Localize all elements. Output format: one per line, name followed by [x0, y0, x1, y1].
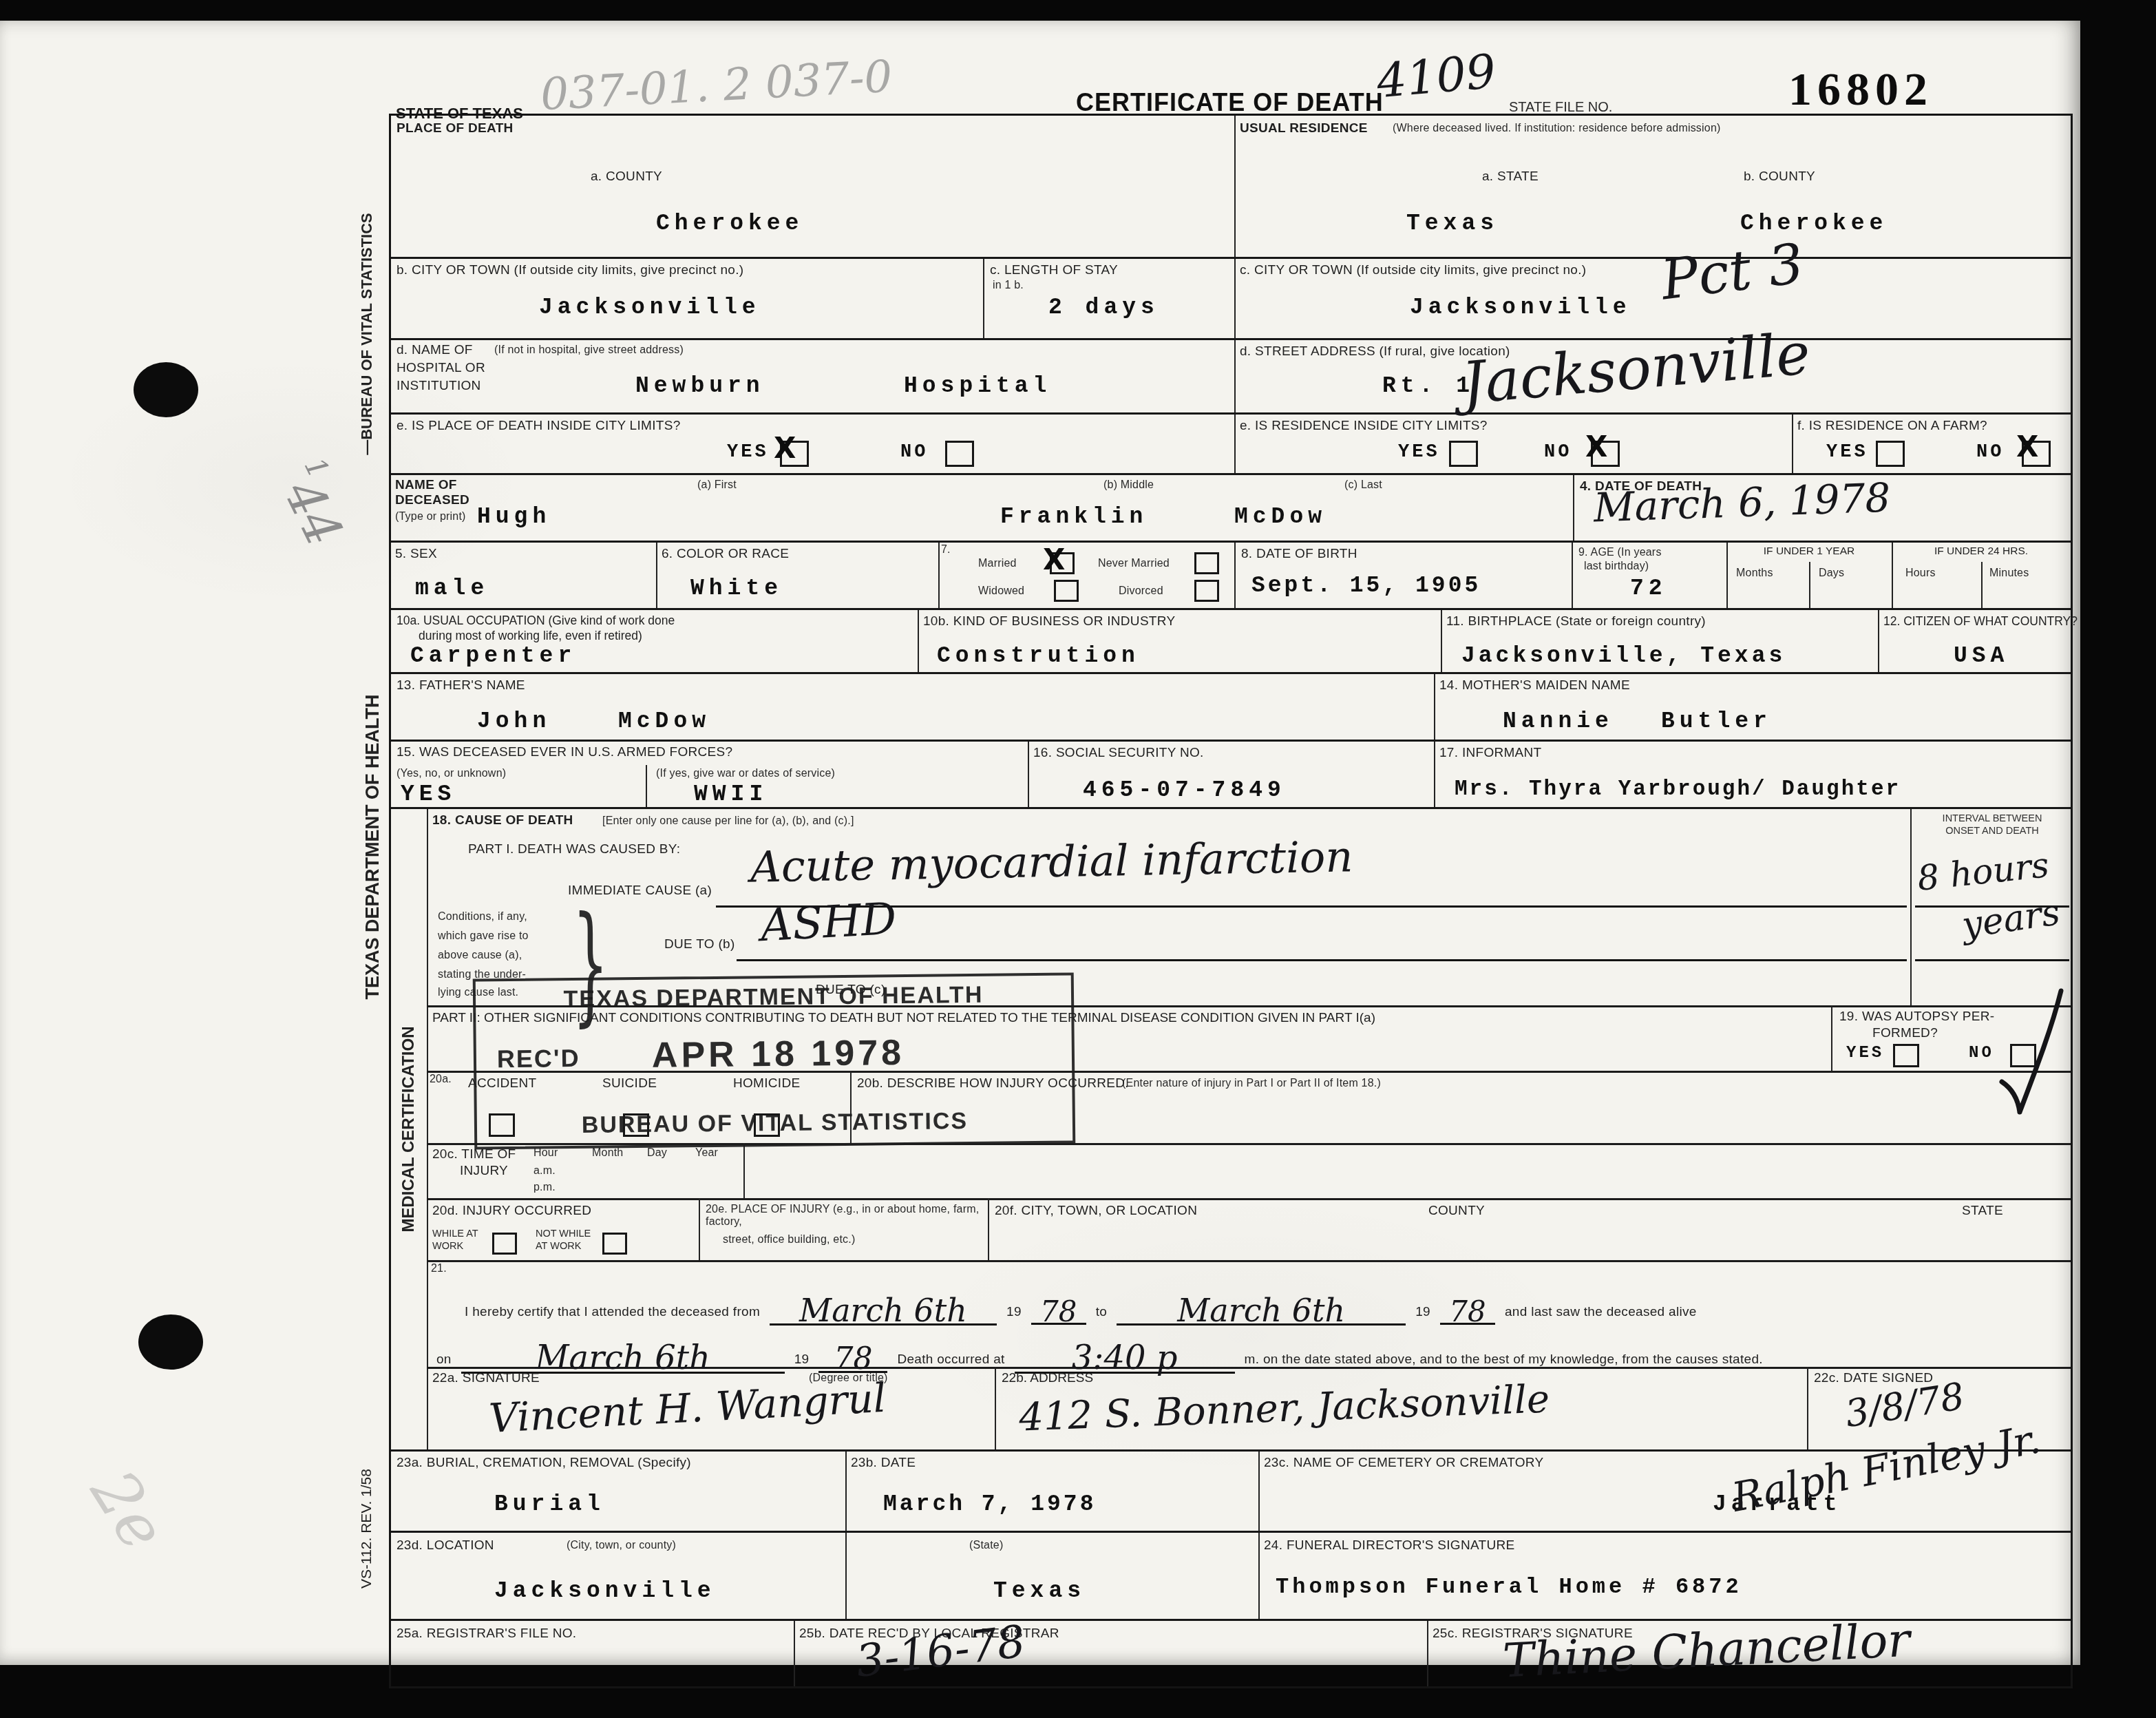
- residence-limits-yes: YES: [1398, 442, 1440, 463]
- cert-date-2: March 6th: [1177, 1292, 1345, 1329]
- medical-certification-section: MEDICAL CERTIFICATION 18. CAUSE OF DEATH…: [391, 809, 2071, 1452]
- residence-county-value: Cherokee: [1740, 211, 1888, 236]
- certificate-title: CERTIFICATE OF DEATH: [1076, 88, 1384, 117]
- ssn-cell: 16. SOCIAL SECURITY NO. 465-07-7849: [1028, 742, 1435, 807]
- day-label: Day: [647, 1147, 667, 1160]
- county-value: Cherokee: [656, 211, 803, 236]
- deceased-name-cell: NAME OF DECEASED (Type or print) (a) Fir…: [391, 475, 1574, 541]
- never-married-label: Never Married: [1098, 558, 1170, 570]
- row-location-director: 23d. LOCATION (City, town, or county) Ja…: [391, 1533, 2071, 1621]
- father-label: 13. FATHER'S NAME: [397, 678, 525, 693]
- not-while-at-work-checkbox: [602, 1233, 627, 1255]
- under-24-hrs-divider: [1981, 562, 1983, 608]
- widowed-label: Widowed: [978, 585, 1024, 598]
- row-forces-ssn-informant: 15. WAS DECEASED EVER IN U.S. ARMED FORC…: [391, 742, 2071, 809]
- row-city-limits: e. IS PLACE OF DEATH INSIDE CITY LIMITS?…: [391, 415, 2071, 475]
- hospital-label-1: d. NAME OF: [397, 343, 473, 357]
- hospital-label-4: INSTITUTION: [397, 379, 481, 393]
- signature-divider-1: [995, 1367, 996, 1449]
- length-of-stay-cell: c. LENGTH OF STAY in 1 b. 2 days: [983, 259, 1236, 338]
- place-of-injury-label: 20e. PLACE OF INJURY (e.g., in or about …: [706, 1204, 981, 1228]
- cert-date-1-line: March 6th: [770, 1286, 997, 1326]
- pencil-file-number: 037-01. 2 037-0: [539, 52, 894, 121]
- minutes-label: Minutes: [1989, 567, 2029, 580]
- hospital-label-2: (If not in hospital, give street address…: [494, 344, 684, 357]
- pm-label: p.m.: [533, 1182, 556, 1194]
- cause-label: 18. CAUSE OF DEATH: [432, 813, 573, 828]
- autopsy-yes: YES: [1846, 1044, 1884, 1062]
- burial-date-cell: 23b. DATE March 7, 1978: [845, 1452, 1260, 1531]
- signature-divider-2: [1807, 1367, 1808, 1449]
- place-of-death-label: PLACE OF DEATH: [397, 121, 514, 136]
- divorced-checkbox: [1194, 580, 1219, 602]
- occupation-value: Carpenter: [410, 643, 576, 669]
- year-label: Year: [695, 1147, 718, 1160]
- row-occupation: 10a. USUAL OCCUPATION (Give kind of work…: [391, 610, 2071, 674]
- death-city-label: b. CITY OR TOWN (If outside city limits,…: [397, 263, 743, 277]
- farm-yes-checkbox: [1876, 441, 1905, 467]
- month-label: Month: [592, 1147, 623, 1160]
- divorced-label: Divorced: [1119, 585, 1163, 598]
- due-to-b-label: DUE TO (b): [664, 937, 735, 952]
- pencil-scribble: 2e: [76, 1458, 180, 1563]
- residence-state-label: a. STATE: [1482, 169, 1539, 184]
- under-24-hrs-cell: IF UNDER 24 HRS. Hours Minutes: [1892, 543, 2071, 608]
- cert-19-c: 19: [794, 1352, 810, 1367]
- interval-label-2: ONSET AND DEATH: [1914, 826, 2071, 837]
- residence-city-value: Jacksonville: [1410, 295, 1631, 320]
- death-limits-cell: e. IS PLACE OF DEATH INSIDE CITY LIMITS?…: [391, 415, 1236, 473]
- conditions-label-1: Conditions, if any,: [438, 911, 527, 923]
- location-sublabel: (City, town, or county): [567, 1540, 676, 1552]
- date-of-death-handwriting: March 6, 1978: [1593, 474, 1891, 531]
- name-label-1: NAME OF: [395, 478, 457, 492]
- margin-department-label: TEXAS DEPARTMENT OF HEALTH: [362, 695, 383, 1000]
- row-place-residence: PLACE OF DEATH a. COUNTY Cherokee USUAL …: [391, 116, 2071, 259]
- usual-residence-cell: USUAL RESIDENCE (Where deceased lived. I…: [1234, 116, 2071, 257]
- injury-place-divider-1: [699, 1198, 700, 1260]
- under-24-hrs-label: IF UNDER 24 HRS.: [1892, 545, 2071, 558]
- occupation-label-1: 10a. USUAL OCCUPATION (Give kind of work…: [397, 614, 675, 628]
- registrar-date-cell: 25b. DATE REC'D BY LOCAL REGISTRAR 3-16-…: [794, 1621, 1428, 1686]
- cert-to: to: [1096, 1305, 1107, 1319]
- usual-residence-sublabel: (Where deceased lived. If institution: r…: [1393, 123, 1721, 135]
- war-value: WWII: [694, 782, 768, 807]
- cert-text-3: Death occurred at: [897, 1352, 1004, 1367]
- funeral-home-value: Thompson Funeral Home # 6872: [1276, 1574, 1742, 1600]
- autopsy-label-1: 19. WAS AUTOPSY PER-: [1839, 1009, 1994, 1024]
- residence-limits-no-xmark: X: [1585, 430, 1607, 463]
- registrar-signature-cell: 25c. REGISTRAR'S SIGNATURE Thine Chancel…: [1427, 1621, 2071, 1686]
- length-of-stay-label: c. LENGTH OF STAY: [990, 263, 1118, 277]
- date-of-death-cell: 4. DATE OF DEATH March 6, 1978: [1573, 475, 2071, 541]
- am-label: a.m.: [533, 1165, 556, 1177]
- informant-cell: 17. INFORMANT Mrs. Thyra Yarbrough/ Daug…: [1434, 742, 2071, 807]
- father-first-value: John: [477, 709, 551, 734]
- length-of-stay-sublabel: in 1 b.: [993, 280, 1024, 292]
- registrar-file-cell: 25a. REGISTRAR'S FILE NO.: [391, 1621, 795, 1686]
- burial-value: Burial: [494, 1491, 605, 1517]
- death-city-cell: b. CITY OR TOWN (If outside city limits,…: [391, 259, 984, 338]
- signature-label: 22a. SIGNATURE: [432, 1371, 540, 1385]
- place-of-injury-sublabel: street, office building, etc.): [723, 1234, 855, 1246]
- farm-label: f. IS RESIDENCE ON A FARM?: [1797, 419, 1987, 433]
- dob-label: 8. DATE OF BIRTH: [1241, 547, 1357, 561]
- autopsy-divider: [1831, 1005, 1832, 1071]
- ssn-value: 465-07-7849: [1083, 777, 1286, 803]
- mother-label: 14. MOTHER'S MAIDEN NAME: [1439, 678, 1630, 693]
- while-at-work-label-2: WORK: [432, 1241, 463, 1252]
- citizen-label: 12. CITIZEN OF WHAT COUNTRY?: [1883, 614, 2078, 629]
- margin-bureau-label: —BUREAU OF VITAL STATISTICS: [358, 213, 376, 455]
- citizen-cell: 12. CITIZEN OF WHAT COUNTRY? USA: [1878, 610, 2071, 672]
- age-value: 72: [1630, 576, 1667, 601]
- middle-name-label: (b) Middle: [1103, 479, 1154, 492]
- sex-label: 5. SEX: [395, 547, 437, 561]
- not-while-at-work-label-1: NOT WHILE: [536, 1228, 591, 1239]
- street-address-cell: d. STREET ADDRESS (If rural, give locati…: [1234, 340, 2071, 412]
- marital-number: 7.: [941, 544, 951, 556]
- business-value: Constrution: [937, 643, 1140, 669]
- dob-value: Sept. 15, 1905: [1251, 573, 1481, 598]
- stamp-bureau-line: BUREAU OF VITAL STATISTICS: [477, 1107, 1072, 1140]
- funeral-director-cell: 24. FUNERAL DIRECTOR'S SIGNATURE Thompso…: [1258, 1533, 2071, 1619]
- armed-forces-label: 15. WAS DECEASED EVER IN U.S. ARMED FORC…: [397, 745, 732, 760]
- funeral-director-label: 24. FUNERAL DIRECTOR'S SIGNATURE: [1264, 1538, 1514, 1553]
- father-cell: 13. FATHER'S NAME John McDow: [391, 674, 1435, 740]
- row-sex-race-age: 5. SEX male 6. COLOR OR RACE White 7. Ma…: [391, 543, 2071, 610]
- while-at-work-label-1: WHILE AT: [432, 1228, 478, 1239]
- citizen-value: USA: [1954, 643, 2009, 669]
- medical-strip: MEDICAL CERTIFICATION: [391, 809, 428, 1449]
- row-hospital-street: d. NAME OF (If not in hospital, give str…: [391, 340, 2071, 415]
- stamp-department-line: TEXAS DEPARTMENT OF HEALTH: [476, 981, 1071, 1014]
- farm-no: NO: [1976, 442, 2004, 463]
- not-while-at-work-label-2: AT WORK: [536, 1241, 581, 1252]
- row-city-stay: b. CITY OR TOWN (If outside city limits,…: [391, 259, 2071, 340]
- interval-column-divider: [1910, 809, 1912, 1005]
- part1-label: PART I. DEATH WAS CAUSED BY:: [468, 842, 680, 857]
- address-label: 22b. ADDRESS: [1002, 1371, 1093, 1386]
- location-city-value: Jacksonville: [494, 1578, 716, 1604]
- burial-cell: 23a. BURIAL, CREMATION, REMOVAL (Specify…: [391, 1452, 847, 1531]
- interval-b-handwriting: years: [1960, 892, 2063, 946]
- farm-no-xmark: X: [2016, 430, 2038, 463]
- armed-forces-sublabel-1: (Yes, no, or unknown): [397, 768, 506, 780]
- birthplace-value: Jacksonville, Texas: [1461, 643, 1786, 669]
- county-label: a. COUNTY: [591, 169, 662, 184]
- burial-label: 23a. BURIAL, CREMATION, REMOVAL (Specify…: [397, 1456, 691, 1470]
- interval-label-1: INTERVAL BETWEEN: [1914, 813, 2071, 824]
- pencil-mark-44: 44: [273, 471, 355, 555]
- age-cell: 9. AGE (In years last birthday) 72: [1572, 543, 1728, 608]
- stamp-date: APR 18 1978: [652, 1032, 905, 1076]
- injury-city-label: 20f. CITY, TOWN, OR LOCATION: [995, 1204, 1197, 1218]
- interval-a-handwriting: 8 hours: [1915, 845, 2051, 899]
- cert-year-1: 78: [1040, 1295, 1077, 1328]
- cert-year-1-line: 78: [1031, 1289, 1086, 1325]
- autopsy-yes-checkbox: [1893, 1044, 1919, 1067]
- burial-location-cell: 23d. LOCATION (City, town, or county) Ja…: [391, 1533, 847, 1619]
- dob-cell: 8. DATE OF BIRTH Sept. 15, 1905: [1234, 543, 1573, 608]
- sex-value: male: [415, 576, 489, 601]
- informant-value: Mrs. Thyra Yarbrough/ Daughter: [1455, 777, 1901, 802]
- conditions-label-3: above cause (a),: [438, 950, 522, 962]
- race-value: White: [690, 576, 783, 601]
- farm-yes: YES: [1826, 442, 1868, 463]
- injury-20a-number: 20a.: [430, 1073, 452, 1086]
- widowed-checkbox: [1054, 580, 1079, 602]
- married-label: Married: [978, 558, 1017, 570]
- place-of-death-cell: PLACE OF DEATH a. COUNTY Cherokee: [391, 116, 1236, 257]
- cert-year-2-line: 78: [1440, 1289, 1495, 1325]
- row-registrar: 25a. REGISTRAR'S FILE NO. 25b. DATE REC'…: [391, 1621, 2071, 1686]
- registrar-signature-handwriting: Thine Chancellor: [1501, 1613, 1911, 1689]
- last-name-label: (c) Last: [1344, 479, 1382, 492]
- age-label-2: last birthday): [1584, 561, 1649, 573]
- mother-last-value: Butler: [1661, 709, 1772, 734]
- injury-place-row: 20d. INJURY OCCURRED WHILE AT WORK NOT W…: [427, 1198, 2071, 1262]
- first-name-label: (a) First: [697, 479, 737, 492]
- scanned-death-certificate: —BUREAU OF VITAL STATISTICS TEXAS DEPART…: [0, 0, 2156, 1718]
- received-stamp: TEXAS DEPARTMENT OF HEALTH REC'D APR 18 …: [473, 972, 1076, 1149]
- certification-row: 21. I hereby certify that I attended the…: [427, 1260, 2071, 1369]
- punch-hole-bottom: [138, 1314, 203, 1370]
- injury-place-divider-2: [988, 1198, 989, 1260]
- first-name-value: Hugh: [477, 504, 551, 530]
- injury-county-label: COUNTY: [1428, 1204, 1485, 1218]
- never-married-checkbox: [1194, 552, 1219, 574]
- cert-19-a: 19: [1006, 1305, 1022, 1319]
- residence-limits-no: NO: [1544, 442, 1572, 463]
- race-label: 6. COLOR OR RACE: [662, 547, 789, 561]
- immediate-cause-handwriting: Acute myocardial infarction: [750, 831, 1353, 892]
- location-label: 23d. LOCATION: [397, 1538, 494, 1553]
- under-1-year-divider: [1809, 562, 1810, 608]
- burial-date-label: 23b. DATE: [851, 1456, 916, 1470]
- ssn-label: 16. SOCIAL SECURITY NO.: [1033, 746, 1204, 760]
- time-of-injury-label-2: INJURY: [460, 1164, 508, 1178]
- time-of-injury-row: 20c. TIME OF INJURY Hour Month Day Year …: [427, 1143, 2071, 1200]
- business-label: 10b. KIND OF BUSINESS OR INDUSTRY: [923, 614, 1175, 629]
- race-cell: 6. COLOR OR RACE White: [656, 543, 940, 608]
- name-label-2: DECEASED: [395, 493, 469, 507]
- while-at-work-checkbox: [492, 1233, 517, 1255]
- residence-county-label: b. COUNTY: [1744, 169, 1815, 184]
- street-address-value: Rt. 1: [1382, 373, 1475, 399]
- stamp-recd-label: REC'D: [497, 1044, 580, 1073]
- usual-residence-label: USUAL RESIDENCE: [1240, 121, 1368, 136]
- informant-label: 17. INFORMANT: [1439, 746, 1542, 760]
- due-to-b-handwriting: ASHD: [759, 894, 898, 952]
- due-to-b-line: [737, 959, 1907, 961]
- registrar-file-label: 25a. REGISTRAR'S FILE NO.: [397, 1626, 576, 1641]
- cause-sublabel: [Enter only one cause per line for (a), …: [602, 815, 854, 828]
- death-limits-label: e. IS PLACE OF DEATH INSIDE CITY LIMITS?: [397, 419, 681, 433]
- farm-cell: f. IS RESIDENCE ON A FARM? YES NO X: [1792, 415, 2071, 473]
- days-label: Days: [1819, 567, 1844, 580]
- sex-cell: 5. SEX male: [391, 543, 657, 608]
- autopsy-no: NO: [1969, 1044, 1994, 1062]
- describe-injury-sublabel: (Enter nature of injury in Part I or Par…: [1122, 1078, 1381, 1090]
- cert-19-b: 19: [1415, 1305, 1430, 1319]
- cert-text-1: I hereby certify that I attended the dec…: [465, 1305, 760, 1319]
- conditions-label-2: which gave rise to: [438, 930, 529, 943]
- under-1-year-label: IF UNDER 1 YEAR: [1726, 545, 1892, 558]
- certificate-paper: —BUREAU OF VITAL STATISTICS TEXAS DEPART…: [0, 21, 2080, 1665]
- hour-label: Hour: [533, 1147, 558, 1160]
- interval-b-line: [1915, 959, 2069, 961]
- marital-status-cell: 7. Married X Never Married Widowed Divor…: [938, 543, 1236, 608]
- father-last-value: McDow: [618, 709, 710, 734]
- address-handwriting: 412 S. Bonner, Jacksonville: [1018, 1377, 1550, 1441]
- death-limits-yes-xmark: X: [774, 431, 796, 465]
- row-name-dod: NAME OF DECEASED (Type or print) (a) Fir…: [391, 475, 2071, 543]
- length-of-stay-value: 2 days: [1048, 295, 1159, 320]
- time-of-injury-divider: [743, 1143, 745, 1198]
- armed-forces-answer: YES: [401, 782, 456, 807]
- burial-state-cell: (State) Texas: [845, 1533, 1260, 1619]
- physician-signature-handwriting: Vincent H. Wangrul: [488, 1374, 887, 1442]
- cert-year-2: 78: [1449, 1295, 1486, 1328]
- injury-state-label: STATE: [1962, 1204, 2003, 1218]
- mother-cell: 14. MOTHER'S MAIDEN NAME Nannie Butler: [1434, 674, 2071, 740]
- under-1-year-cell: IF UNDER 1 YEAR Months Days: [1726, 543, 1893, 608]
- residence-limits-cell: e. IS RESIDENCE INSIDE CITY LIMITS? YES …: [1234, 415, 1793, 473]
- autopsy-no-checkmark: [1995, 987, 2071, 1131]
- name-label-3: (Type or print): [395, 511, 466, 523]
- margin-form-code: VS-112. REV. 1/58: [359, 1469, 375, 1589]
- middle-name-value: Franklin: [1000, 504, 1148, 530]
- cert-on: on: [436, 1352, 452, 1367]
- certification-line-1: I hereby certify that I attended the dec…: [465, 1286, 1697, 1326]
- row-parents: 13. FATHER'S NAME John McDow 14. MOTHER'…: [391, 674, 2071, 742]
- state-file-number: 16802: [1788, 62, 1933, 116]
- married-xmark: X: [1043, 543, 1065, 576]
- last-name-value: McDow: [1234, 504, 1327, 530]
- business-cell: 10b. KIND OF BUSINESS OR INDUSTRY Constr…: [918, 610, 1442, 672]
- occupation-cell: 10a. USUAL OCCUPATION (Give kind of work…: [391, 610, 919, 672]
- months-label: Months: [1736, 567, 1773, 580]
- state-sublabel: (State): [969, 1540, 1003, 1552]
- autopsy-label-2: FORMED?: [1872, 1026, 1938, 1040]
- ink-number: 4109: [1375, 45, 1498, 109]
- punch-hole-top: [134, 362, 198, 417]
- location-state-value: Texas: [993, 1578, 1086, 1604]
- hospital-label-3: HOSPITAL OR: [397, 361, 485, 375]
- certification-number: 21.: [431, 1263, 447, 1275]
- cert-text-4: m. on the date stated above, and to the …: [1245, 1352, 1763, 1367]
- death-city-value: Jacksonville: [539, 295, 761, 320]
- cert-date-2-line: March 6th: [1117, 1286, 1406, 1326]
- residence-limits-yes-checkbox: [1449, 441, 1478, 467]
- death-limits-no-checkbox: [945, 441, 974, 467]
- armed-forces-cell: 15. WAS DECEASED EVER IN U.S. ARMED FORC…: [391, 742, 1029, 807]
- hours-label: Hours: [1905, 567, 1936, 580]
- cemetery-label: 23c. NAME OF CEMETERY OR CREMATORY: [1264, 1456, 1543, 1470]
- armed-forces-divider: [646, 765, 647, 807]
- burial-date-value: March 7, 1978: [883, 1491, 1096, 1517]
- hospital-value-2: Hospital: [904, 373, 1051, 399]
- birthplace-cell: 11. BIRTHPLACE (State or foreign country…: [1441, 610, 1879, 672]
- injury-occurred-label: 20d. INJURY OCCURRED: [432, 1204, 591, 1218]
- cert-date-1: March 6th: [799, 1292, 967, 1329]
- residence-city-label: c. CITY OR TOWN (If outside city limits,…: [1240, 263, 1586, 277]
- hospital-value-1: Newburn: [635, 373, 765, 399]
- certificate-form: PLACE OF DEATH a. COUNTY Cherokee USUAL …: [389, 114, 2073, 1688]
- residence-limits-label: e. IS RESIDENCE INSIDE CITY LIMITS?: [1240, 419, 1488, 433]
- occupation-label-2: during most of working life, even if ret…: [419, 629, 642, 643]
- death-limits-yes: YES: [727, 442, 769, 463]
- death-limits-no: NO: [900, 442, 928, 463]
- birthplace-label: 11. BIRTHPLACE (State or foreign country…: [1446, 614, 1706, 629]
- residence-state-value: Texas: [1406, 211, 1499, 236]
- cert-text-2: and last saw the deceased alive: [1505, 1305, 1697, 1319]
- armed-forces-sublabel-2: (If yes, give war or dates of service): [656, 768, 835, 780]
- physician-signature-row: 22a. SIGNATURE (Degree or title) Vincent…: [427, 1367, 2071, 1449]
- hospital-cell: d. NAME OF (If not in hospital, give str…: [391, 340, 1236, 412]
- medical-certification-label: MEDICAL CERTIFICATION: [399, 1026, 419, 1232]
- residence-city-cell: c. CITY OR TOWN (If outside city limits,…: [1234, 259, 2071, 338]
- mother-first-value: Nannie: [1503, 709, 1614, 734]
- age-label-1: 9. AGE (In years: [1578, 547, 1662, 559]
